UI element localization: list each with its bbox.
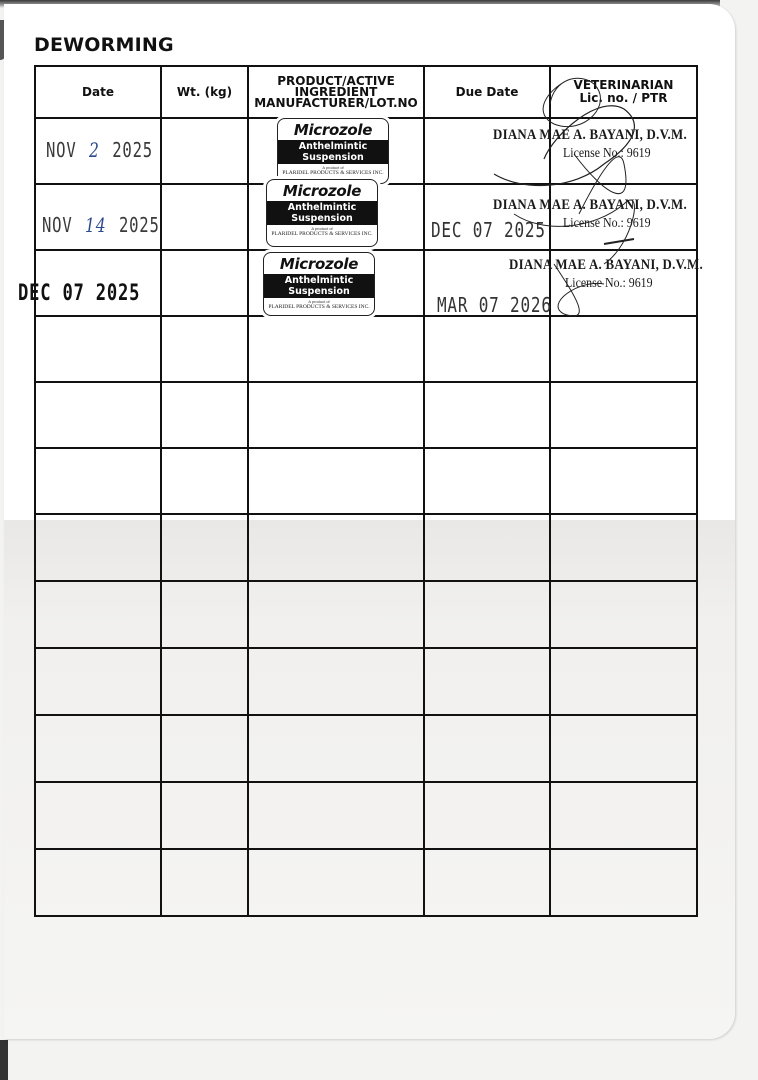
vet-cell: [550, 782, 697, 849]
vet-cell: [550, 316, 697, 382]
header-product-line1: PRODUCT/ACTIVE INGREDIENT: [249, 76, 423, 98]
weight-cell: [161, 118, 248, 184]
due-date-cell: [424, 448, 550, 514]
header-product-line2: MANUFACTURER/LOT.NO: [249, 98, 423, 109]
weight-cell: [161, 184, 248, 250]
weight-cell: [161, 316, 248, 382]
vet-cell: [550, 448, 697, 514]
due-date-cell: [424, 849, 550, 916]
table-row-empty: [35, 581, 697, 648]
booklet-page: DEWORMING Date Wt. (kg) PRODUCT/ACTIVE I…: [4, 4, 735, 1039]
product-cell: [248, 448, 424, 514]
due-date-cell: [424, 514, 550, 581]
product-cell: Microzole Anthelmintic Suspension A prod…: [248, 184, 424, 250]
table-row-empty: [35, 316, 697, 382]
weight-cell: [161, 514, 248, 581]
product-sticker: Microzole Anthelmintic Suspension A prod…: [277, 118, 389, 184]
product-cell: [248, 849, 424, 916]
date-cell: [35, 514, 161, 581]
date-stamp: NOV 14 2025: [42, 213, 160, 237]
weight-cell: [161, 715, 248, 782]
product-cell: [248, 514, 424, 581]
weight-cell: [161, 250, 248, 316]
handwritten-day: 14: [83, 213, 109, 237]
vet-cell: [550, 715, 697, 782]
product-cell: [248, 715, 424, 782]
date-cell: NOV 2 2025: [35, 118, 161, 184]
date-cell: [35, 782, 161, 849]
due-date-cell: [424, 382, 550, 448]
vet-stamp: DIANA MAE A. BAYANI, D.V.M. License No.:…: [509, 257, 735, 292]
date-stamp: DEC 07 2025: [18, 281, 140, 306]
product-sticker: Microzole Anthelmintic Suspension A prod…: [266, 179, 378, 247]
weight-cell: [161, 648, 248, 715]
product-cell: [248, 581, 424, 648]
table-header-row: Date Wt. (kg) PRODUCT/ACTIVE INGREDIENT …: [35, 66, 697, 118]
date-cell: [35, 581, 161, 648]
table-row-empty: [35, 782, 697, 849]
weight-cell: [161, 382, 248, 448]
date-cell: [35, 648, 161, 715]
date-cell: [35, 849, 161, 916]
header-date: Date: [35, 66, 161, 118]
due-date-cell: [424, 581, 550, 648]
weight-cell: [161, 581, 248, 648]
header-weight: Wt. (kg): [161, 66, 248, 118]
vet-cell: [550, 849, 697, 916]
vet-cell: [550, 581, 697, 648]
due-date-cell: [424, 782, 550, 849]
table-row: DEC 07 2025 Microzole Anthelmintic Suspe…: [35, 250, 697, 316]
header-due-date: Due Date: [424, 66, 550, 118]
vet-cell: DIANA MAE A. BAYANI, D.V.M. License No.:…: [550, 184, 697, 250]
table-row-empty: [35, 514, 697, 581]
table-row-empty: [35, 849, 697, 916]
date-cell: [35, 382, 161, 448]
vet-cell: [550, 648, 697, 715]
date-cell: [35, 448, 161, 514]
header-veterinarian: VETERINARIAN Lic. no. / PTR: [550, 66, 697, 118]
vet-stamp: DIANA MAE A. BAYANI, D.V.M. License No.:…: [493, 197, 719, 232]
product-cell: Microzole Anthelmintic Suspension A prod…: [248, 118, 424, 184]
product-sticker: Microzole Anthelmintic Suspension A prod…: [263, 252, 375, 316]
weight-cell: [161, 782, 248, 849]
vet-cell: [550, 382, 697, 448]
header-vet-line2: Lic. no. / PTR: [551, 92, 696, 105]
product-cell: [248, 382, 424, 448]
table-row-empty: [35, 648, 697, 715]
vet-cell: DIANA MAE A. BAYANI, D.V.M. License No.:…: [550, 118, 697, 184]
due-date-cell: [424, 648, 550, 715]
table-row: NOV 14 2025 Microzole Anthelmintic Suspe…: [35, 184, 697, 250]
deworming-table: Date Wt. (kg) PRODUCT/ACTIVE INGREDIENT …: [34, 65, 698, 917]
page-title: DEWORMING: [34, 34, 174, 56]
table-row: NOV 2 2025 Microzole Anthelmintic Suspen…: [35, 118, 697, 184]
weight-cell: [161, 849, 248, 916]
date-cell: NOV 14 2025: [35, 184, 161, 250]
header-product: PRODUCT/ACTIVE INGREDIENT MANUFACTURER/L…: [248, 66, 424, 118]
product-cell: Microzole Anthelmintic Suspension A prod…: [248, 250, 424, 316]
handwritten-day: 2: [87, 138, 102, 162]
table-row-empty: [35, 382, 697, 448]
vet-cell: DIANA MAE A. BAYANI, D.V.M. License No.:…: [550, 250, 697, 316]
date-cell: [35, 316, 161, 382]
table-row-empty: [35, 715, 697, 782]
vet-stamp: DIANA MAE A. BAYANI, D.V.M. License No.:…: [493, 127, 719, 162]
due-date-stamp: MAR 07 2026: [437, 293, 552, 317]
table-row-empty: [35, 448, 697, 514]
date-cell: [35, 715, 161, 782]
due-date-cell: [424, 316, 550, 382]
product-cell: [248, 316, 424, 382]
date-stamp: NOV 2 2025: [46, 138, 153, 162]
due-date-cell: [424, 715, 550, 782]
product-cell: [248, 782, 424, 849]
scan-bottom-left-edge: [0, 1040, 8, 1080]
weight-cell: [161, 448, 248, 514]
date-cell: DEC 07 2025: [35, 250, 161, 316]
product-cell: [248, 648, 424, 715]
vet-cell: [550, 514, 697, 581]
